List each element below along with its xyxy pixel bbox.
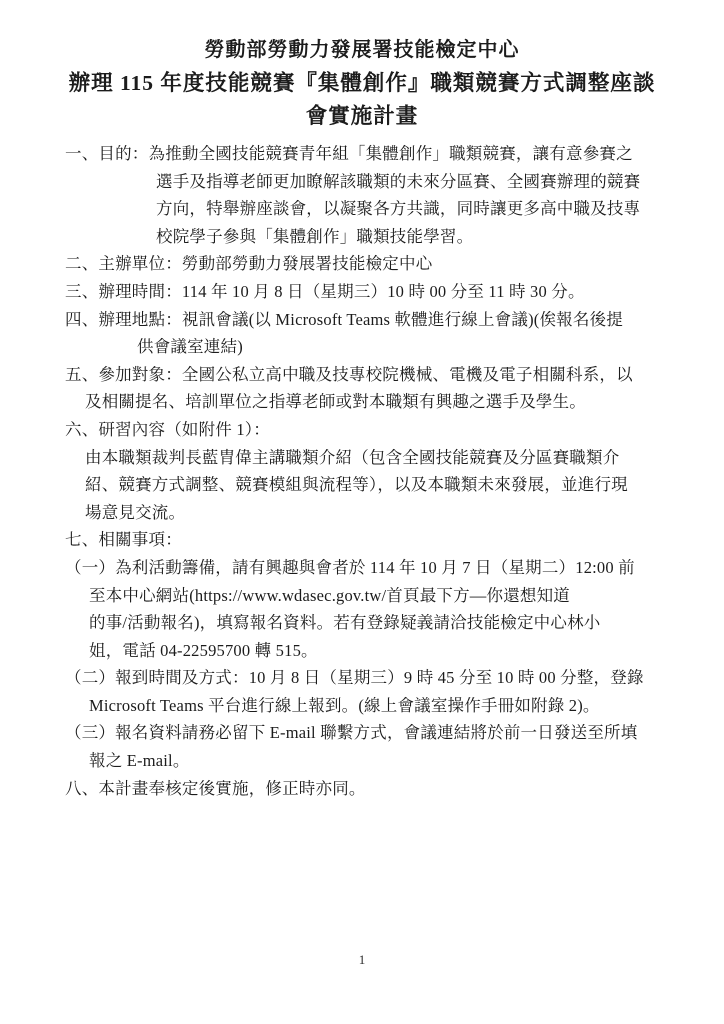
title-line-1: 勞動部勞動力發展署技能檢定中心 <box>0 34 724 67</box>
doc-line-final-clause: 八、本計畫奉核定後實施，修正時亦同。 <box>65 775 684 803</box>
doc-line-item1-cont-2: 的事/活動報名)，填寫報名資料。若有登錄疑義請洽技能檢定中心林小 <box>65 609 684 637</box>
document-page: 勞動部勞動力發展署技能檢定中心 辦理 115 年度技能競賽『集體創作』職類競賽方… <box>0 0 724 1024</box>
doc-line-item1-cont-3: 姐，電話 04-22595700 轉 515。 <box>65 637 684 665</box>
doc-line-participants: 五、參加對象：全國公私立高中職及技專校院機械、電機及電子相關科系，以 <box>65 361 684 389</box>
doc-line-purpose-cont-3: 校院學子參與「集體創作」職類技能學習。 <box>65 223 684 251</box>
doc-line-time: 三、辦理時間：114 年 10 月 8 日（星期三）10 時 00 分至 11 … <box>65 278 684 306</box>
doc-line-location: 四、辦理地點：視訊會議(以 Microsoft Teams 軟體進行線上會議)(… <box>65 306 684 334</box>
document-body: 一、目的：為推動全國技能競賽青年組「集體創作」職類競賽，讓有意參賽之 選手及指導… <box>65 140 684 802</box>
doc-line-item1-cont-1: 至本中心網站(https://www.wdasec.gov.tw/首頁最下方—你… <box>65 582 684 610</box>
doc-line-content-2: 紹、競賽方式調整、競賽模組與流程等），以及本職類未來發展，並進行現 <box>65 471 684 499</box>
doc-line-content-heading: 六、研習內容（如附件 1）： <box>65 416 684 444</box>
doc-line-item3: （三）報名資料請務必留下 E-mail 聯繫方式，會議連結將於前一日發送至所填 <box>65 719 684 747</box>
doc-line-related-heading: 七、相關事項： <box>65 526 684 554</box>
doc-line-purpose-heading: 一、目的：為推動全國技能競賽青年組「集體創作」職類競賽，讓有意參賽之 <box>65 140 684 168</box>
title-line-2: 辦理 115 年度技能競賽『集體創作』職類競賽方式調整座談 <box>0 67 724 100</box>
title-line-3: 會實施計畫 <box>0 100 724 133</box>
doc-line-item2-cont: Microsoft Teams 平台進行線上報到。(線上會議室操作手冊如附錄 2… <box>65 692 684 720</box>
doc-line-content-3: 場意見交流。 <box>65 499 684 527</box>
doc-line-location-cont: 供會議室連結) <box>65 333 684 361</box>
doc-line-organizer: 二、主辦單位：勞動部勞動力發展署技能檢定中心 <box>65 250 684 278</box>
doc-line-participants-cont: 及相關提名、培訓單位之指導老師或對本職類有興趣之選手及學生。 <box>65 388 684 416</box>
doc-line-content-1: 由本職類裁判長藍胄偉主講職類介紹（包含全國技能競賽及分區賽職類介 <box>65 444 684 472</box>
doc-line-item2: （二）報到時間及方式：10 月 8 日（星期三）9 時 45 分至 10 時 0… <box>65 664 684 692</box>
doc-line-purpose-cont-1: 選手及指導老師更加瞭解該職類的未來分區賽、全國賽辦理的競賽 <box>65 168 684 196</box>
doc-line-item3-cont: 報之 E-mail。 <box>65 747 684 775</box>
page-number: 1 <box>0 952 724 968</box>
doc-line-item1: （一）為利活動籌備，請有興趣與會者於 114 年 10 月 7 日（星期二）12… <box>65 554 684 582</box>
document-title: 勞動部勞動力發展署技能檢定中心 辦理 115 年度技能競賽『集體創作』職類競賽方… <box>0 0 724 133</box>
doc-line-purpose-cont-2: 方向，特舉辦座談會，以凝聚各方共識，同時讓更多高中職及技專 <box>65 195 684 223</box>
